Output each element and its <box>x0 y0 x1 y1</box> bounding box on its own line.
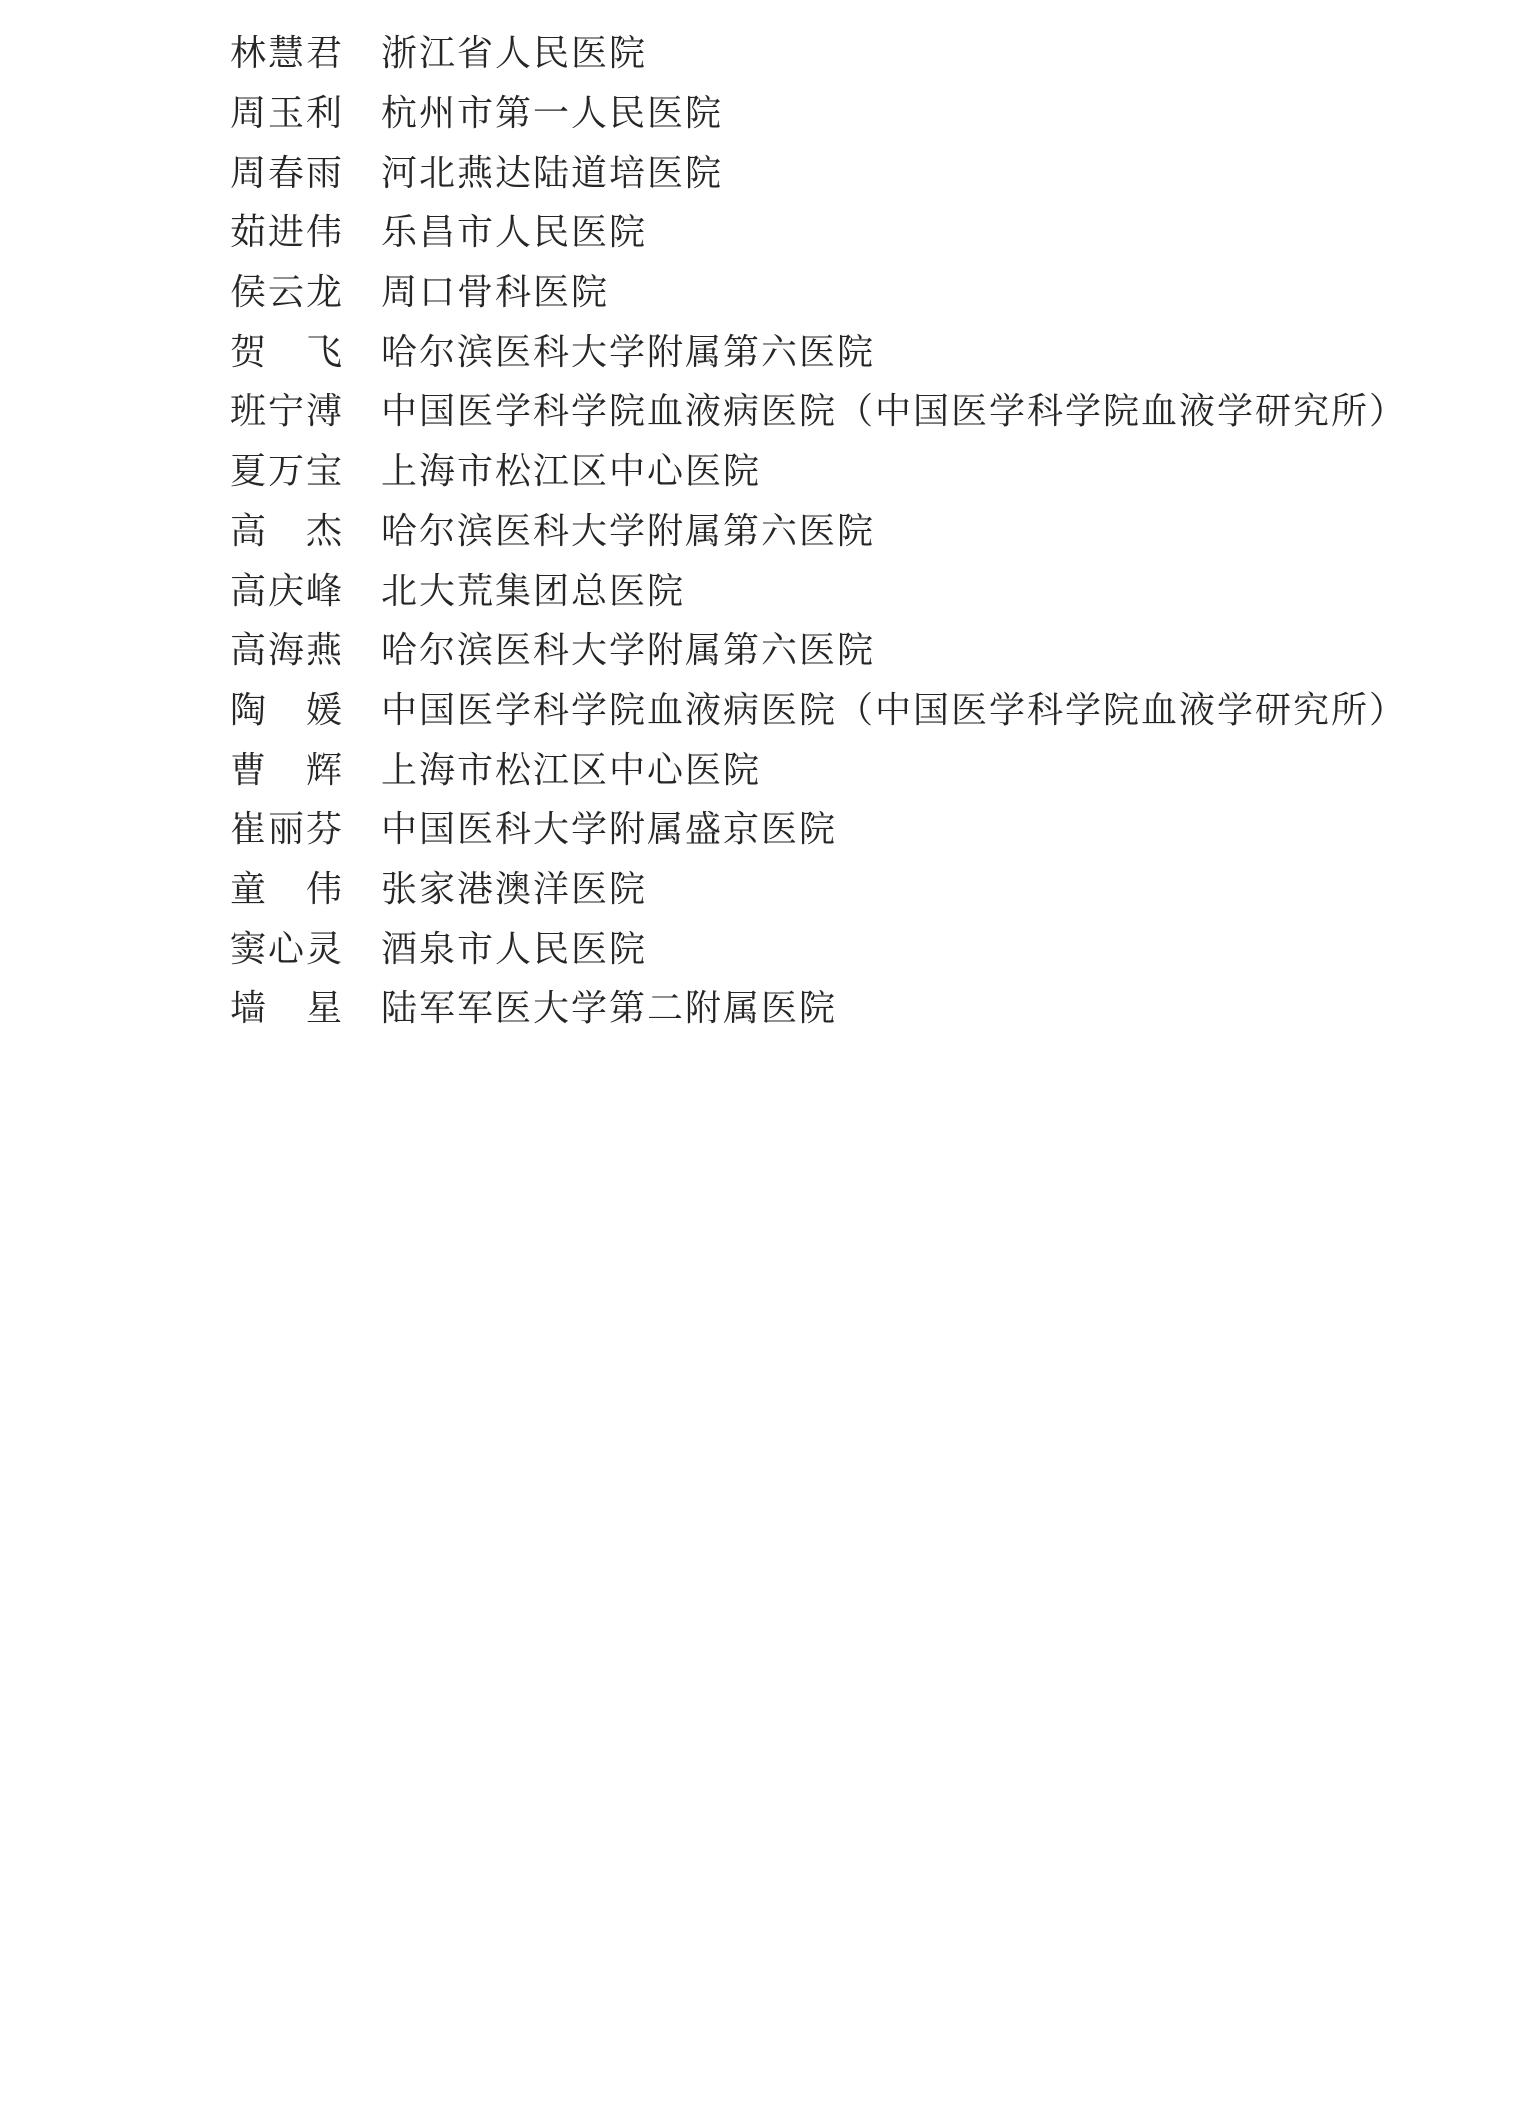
list-row: 曹 辉 上海市松江区中心医院 <box>230 737 1407 797</box>
list-row: 陶 媛 中国医学科学院血液病医院（中国医学科学院血液学研究所） <box>230 678 1407 738</box>
person-name: 曹 辉 <box>230 742 345 793</box>
hospital-name: 浙江省人民医院 <box>381 25 647 76</box>
list-row: 崔丽芬 中国医科大学附属盛京医院 <box>230 797 1407 857</box>
document-page: 林慧君 浙江省人民医院 周玉利 杭州市第一人民医院 周春雨 河北燕达陆道培医院 … <box>0 0 1536 2126</box>
list-row: 墙 星 陆军军医大学第二附属医院 <box>230 976 1407 1036</box>
hospital-name: 上海市松江区中心医院 <box>381 742 761 793</box>
person-name: 侯云龙 <box>230 264 345 315</box>
list-row: 周玉利 杭州市第一人民医院 <box>230 81 1407 141</box>
hospital-name: 乐昌市人民医院 <box>381 204 647 255</box>
list-row: 高海燕 哈尔滨医科大学附属第六医院 <box>230 618 1407 678</box>
list-row: 贺 飞 哈尔滨医科大学附属第六医院 <box>230 319 1407 379</box>
hospital-name: 中国医学科学院血液病医院（中国医学科学院血液学研究所） <box>381 383 1407 434</box>
person-name: 崔丽芬 <box>230 801 345 852</box>
list-row: 茹进伟 乐昌市人民医院 <box>230 200 1407 260</box>
hospital-name: 杭州市第一人民医院 <box>381 85 723 136</box>
list-row: 高庆峰 北大荒集团总医院 <box>230 558 1407 618</box>
hospital-name: 哈尔滨医科大学附属第六医院 <box>381 503 875 554</box>
person-name: 墙 星 <box>230 980 345 1031</box>
hospital-name: 周口骨科医院 <box>381 264 609 315</box>
hospital-name: 北大荒集团总医院 <box>381 563 685 614</box>
hospital-name: 哈尔滨医科大学附属第六医院 <box>381 622 875 673</box>
hospital-name: 上海市松江区中心医院 <box>381 443 761 494</box>
list-row: 高 杰 哈尔滨医科大学附属第六医院 <box>230 499 1407 559</box>
person-name: 班宁溥 <box>230 383 345 434</box>
person-name: 童 伟 <box>230 861 345 912</box>
list-row: 周春雨 河北燕达陆道培医院 <box>230 140 1407 200</box>
person-name: 窦心灵 <box>230 921 345 972</box>
hospital-name: 哈尔滨医科大学附属第六医院 <box>381 324 875 375</box>
hospital-name: 中国医科大学附属盛京医院 <box>381 801 837 852</box>
person-name: 高 杰 <box>230 503 345 554</box>
list-row: 童 伟 张家港澳洋医院 <box>230 857 1407 917</box>
list-row: 班宁溥 中国医学科学院血液病医院（中国医学科学院血液学研究所） <box>230 379 1407 439</box>
person-name: 夏万宝 <box>230 443 345 494</box>
list-row: 夏万宝 上海市松江区中心医院 <box>230 439 1407 499</box>
person-name: 高庆峰 <box>230 563 345 614</box>
person-name: 周春雨 <box>230 145 345 196</box>
person-name: 贺 飞 <box>230 324 345 375</box>
hospital-name: 酒泉市人民医院 <box>381 921 647 972</box>
hospital-name: 河北燕达陆道培医院 <box>381 145 723 196</box>
hospital-name: 陆军军医大学第二附属医院 <box>381 980 837 1031</box>
person-name: 陶 媛 <box>230 682 345 733</box>
hospital-name: 中国医学科学院血液病医院（中国医学科学院血液学研究所） <box>381 682 1407 733</box>
list-row: 侯云龙 周口骨科医院 <box>230 260 1407 320</box>
list-row: 窦心灵 酒泉市人民医院 <box>230 916 1407 976</box>
list-row: 林慧君 浙江省人民医院 <box>230 21 1407 81</box>
person-name: 高海燕 <box>230 622 345 673</box>
hospital-name: 张家港澳洋医院 <box>381 861 647 912</box>
person-name: 茹进伟 <box>230 204 345 255</box>
person-name: 林慧君 <box>230 25 345 76</box>
name-hospital-list: 林慧君 浙江省人民医院 周玉利 杭州市第一人民医院 周春雨 河北燕达陆道培医院 … <box>230 21 1407 1036</box>
person-name: 周玉利 <box>230 85 345 136</box>
